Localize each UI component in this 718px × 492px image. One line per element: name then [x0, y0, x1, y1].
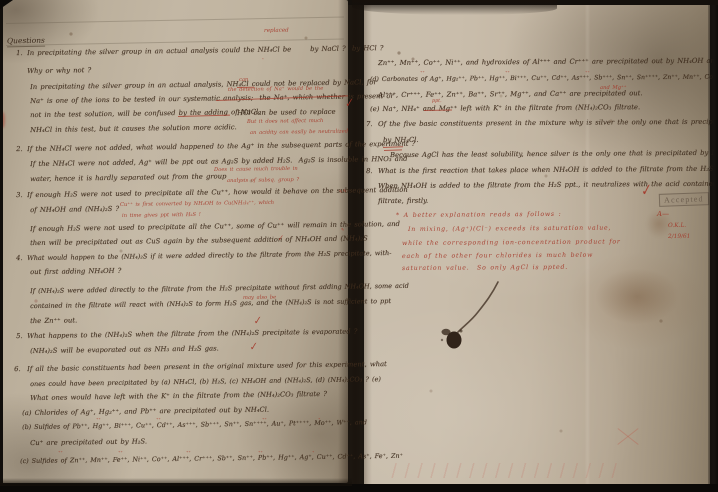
a8-line-2: filtrate, firstly.: [378, 198, 428, 205]
r-check-q3: ✓: [277, 235, 284, 243]
q7-line-1: Of the five basic constituents present i…: [378, 119, 718, 128]
r-corr-b-4: ⁺: [318, 419, 320, 424]
q3-line-2: of NH₄OH and (NH₄)₂S ?: [30, 206, 119, 214]
r-corr-b-2: ⁺⁺: [156, 419, 161, 424]
q5-line-1: What happens to the (NH₄)₂S when the fil…: [27, 328, 357, 339]
a2-line-2: water, hence it is hardly separated out …: [30, 173, 226, 183]
r-insert-ppt: ppt.: [432, 100, 442, 105]
page-edge-shadow: [0, 478, 352, 486]
r-check-q5: ✓: [248, 342, 259, 354]
a6b-line-2: Cu⁺ are precipitated out by H₂S.: [30, 438, 147, 446]
q4-line-1: What would happen to the (NH₄)₂S if it w…: [27, 250, 391, 262]
r-inserted-replaced: replaced: [264, 29, 289, 35]
r-check-q4: ✓: [252, 316, 263, 328]
q6-line-3: What ones would have left with the K⁺ in…: [30, 391, 327, 402]
illegible-red-fragment-2: ∿: [340, 228, 345, 233]
r-note-affect: But it does not affect much: [247, 119, 323, 125]
q7-line-2: by NH₄Cl.: [383, 137, 419, 144]
a6c-line-1: (c) Sulfides of Zn⁺⁺, Mn⁺⁺, Fe⁺⁺, Ni⁺⁺, …: [20, 453, 403, 465]
q4-number: 4.: [16, 255, 23, 262]
photo-edge-left: [0, 0, 3, 492]
ink-layer: replaced‸1.In precipitating the silver g…: [0, 0, 718, 492]
r-note-acidity: an acidity can easily be neutralized: [250, 130, 348, 137]
a6c-line-2: Zn⁺⁺, Mn⁺⁺, Co⁺⁺, Ni⁺⁺, and hydroxides o…: [378, 57, 718, 66]
r-corr-c-5: ⁺: [312, 452, 314, 457]
r-corr-d-2: ⁺⁺: [505, 72, 510, 77]
q7-number: 7.: [366, 121, 373, 128]
r-insert-and-mg: and Mg⁺⁺: [600, 86, 627, 91]
a1-line-1: In precipitating the silver group in an …: [30, 79, 377, 91]
q3-line-1: If enough H₂S were not used to precipita…: [27, 187, 408, 199]
r-expl-line-4: each of the other four chlorides is much…: [402, 253, 593, 261]
a6d-line-2: Al⁺⁺⁺, Cr⁺⁺⁺, Fe⁺⁺, Zn⁺⁺, Ba⁺⁺, Sr⁺⁺, Mg…: [378, 90, 643, 99]
a4-line-2: contained in the filtrate will react wit…: [30, 298, 391, 310]
q6-line-2: ones could have been precipitated by (a)…: [30, 376, 381, 387]
r-caret-1: ‸: [262, 55, 264, 60]
r-q2-note-1: Does it cause much trouble in: [214, 167, 298, 173]
a6e-line: (e) Na⁺, NH₄⁺ and Mg⁺⁺ left with K⁺ in t…: [370, 104, 640, 113]
a6a-line: (a) Chlorides of Ag⁺, Hg₂⁺⁺, and Pb⁺⁺ ar…: [22, 407, 269, 417]
a6b-line-1: (b) Sulfides of Pb⁺⁺, Hg⁺⁺, Bi⁺⁺⁺, Cu⁺⁺,…: [22, 419, 367, 430]
r-corr-c-4: ⁺⁺: [258, 452, 263, 457]
r-grader-date: 2/19/61: [668, 235, 690, 241]
a4-line-1: If (NH₄)₂S were added directly to the fi…: [30, 283, 409, 295]
page-header: Questions: [7, 36, 45, 48]
a1-line-4: NH₄Cl in this test, but it causes the so…: [30, 124, 237, 134]
r-q2-note-2: analysis of subsq. group ?: [227, 178, 299, 184]
q1-line-2: Why or why not ?: [27, 67, 91, 75]
r-expl-line-2: In mixing, (Ag⁺)(Cl⁻) exceeds its satura…: [408, 226, 611, 234]
r-corr-b-3: ⁺⁺: [262, 419, 267, 424]
r-corr-c-1: ⁺⁺: [58, 452, 63, 457]
q1-line-1: In precipitating the silver group in an …: [27, 45, 383, 57]
q6-line-1: If all the basic constituents had been p…: [27, 361, 387, 373]
bleed-through-marks: [384, 463, 620, 478]
r-corr-c-3: ⁺⁺: [186, 452, 191, 457]
q6-number: 6.: [14, 366, 21, 373]
a8-line-1: When NH₄OH is added to the filtrate from…: [378, 180, 718, 189]
r-corr-b-1: ⁺⁺: [96, 419, 101, 424]
q5-number: 5.: [16, 333, 23, 340]
notebook-scan: replaced‸1.In precipitating the silver g…: [0, 0, 718, 492]
a5-line-1: (NH₄)₂S will be evaporated out as NH₃ an…: [30, 345, 219, 354]
a1-line-3b: HCl can be used to replace: [237, 109, 336, 117]
r-corr-c-2: ⁺⁺: [118, 452, 123, 457]
illegible-red-fragment-1: ∿∿: [338, 189, 347, 195]
photo-edge-right: [708, 0, 718, 492]
a7-line-1: Because AgCl has the least solubility, h…: [390, 150, 718, 159]
q4-line-2: out first adding NH₄OH ?: [30, 268, 121, 276]
r-q3-note-2: in time gives ppt with H₂S !: [122, 213, 201, 219]
q2-line-1: If the NH₄Cl were not added, what would …: [27, 141, 415, 153]
q8-line-1: What is the first reaction that takes pl…: [378, 166, 718, 175]
r-expl-line-1: * A better explanation reads as follows …: [396, 212, 562, 219]
q8-number: 8.: [366, 168, 373, 175]
q3-number: 3.: [16, 192, 23, 199]
q2-number: 2.: [16, 146, 23, 153]
q1-number: 1.: [16, 50, 23, 57]
a4-line-3: the Zn⁺⁺ out.: [30, 317, 77, 324]
ink-smudge: [646, 210, 672, 238]
r-corr-d-1: ⁺⁺: [420, 72, 425, 77]
accepted-stamp: Accepted: [659, 192, 709, 207]
ink-blot: [428, 268, 512, 354]
r-can: can: [239, 78, 248, 83]
r-q3-note-1: Cu⁺⁺ is first converted by NH₄OH to Cu(N…: [120, 201, 274, 208]
a3-line-2: then will be precipitated out as CuS aga…: [30, 235, 368, 247]
page-fold-highlight: [586, 0, 589, 486]
red-underline: [384, 149, 402, 151]
